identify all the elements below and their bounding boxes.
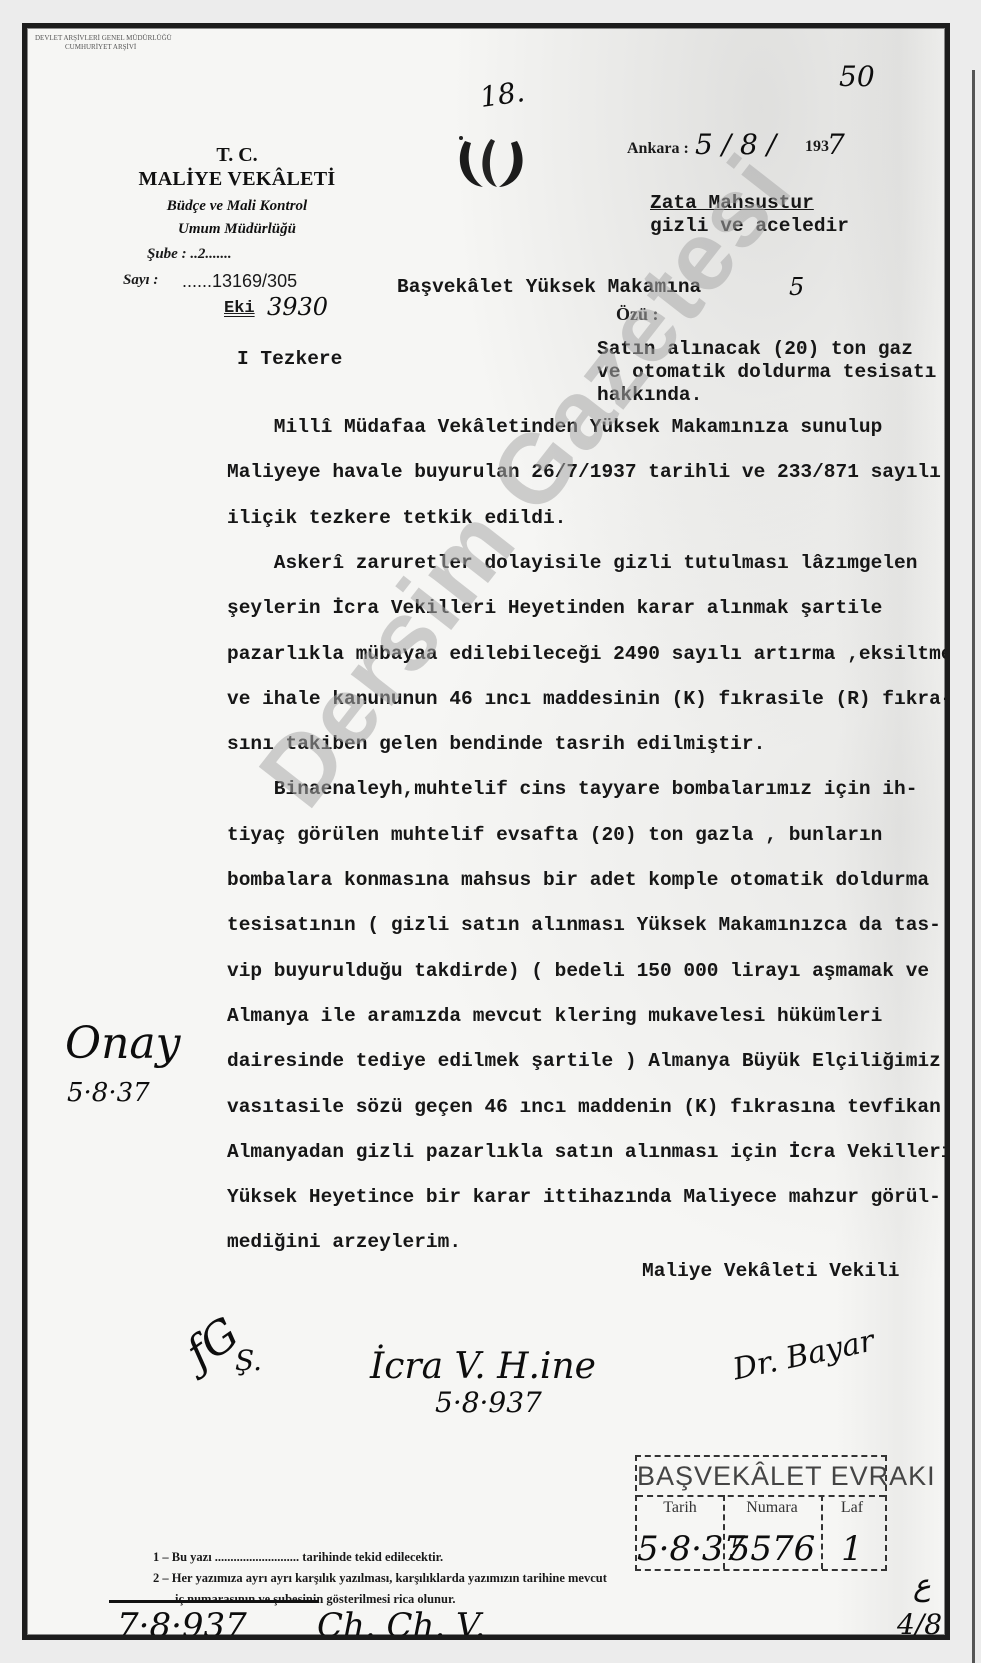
page-number: 50 — [839, 60, 875, 93]
stamp-value: 5576 — [723, 1529, 821, 1569]
sayi-value: ......13169/305 — [182, 271, 297, 292]
stamp-column-laf: Laf 1 — [821, 1495, 883, 1569]
stamp-label: Tarih — [637, 1499, 723, 1517]
stamp-value: 5·8·37 — [637, 1529, 723, 1569]
stamp-label: Numara — [723, 1499, 821, 1517]
strike-line — [109, 1600, 319, 1603]
archive-header-line: CUMHURİYET ARŞİVİ — [35, 43, 172, 52]
body-line: Yüksek Heyetince bir karar ittihazında M… — [227, 1186, 941, 1208]
letterhead-country: T. C. — [142, 144, 332, 167]
margin-mark: 5 — [789, 273, 804, 301]
stamp-value: 1 — [821, 1529, 883, 1569]
body-line: mediğini arzeylerim. — [227, 1231, 461, 1253]
stamp-title: BAŞVEKÂLET EVRAKI — [637, 1457, 885, 1497]
crescent-emblem-icon — [455, 133, 527, 193]
body-line: tesisatının ( gizli satın alınması Yükse… — [227, 914, 941, 936]
eki-value: 3930 — [267, 293, 328, 321]
body-line: Askerî zaruretler dolayisile gizli tutul… — [227, 552, 917, 574]
letterhead-directorate: Umum Müdürlüğü — [112, 221, 362, 238]
date-year-handwritten: 7 — [827, 128, 845, 161]
bottom-initials: Ch. Ch. V. — [317, 1606, 485, 1640]
body-line: dairesinde tediye edilmek şartile ) Alma… — [227, 1050, 941, 1072]
date-label: Ankara : — [627, 140, 689, 158]
signoff-title: Maliye Vekâleti Vekili — [642, 1260, 899, 1282]
stamp-column-date: Tarih 5·8·37 — [637, 1495, 725, 1569]
approval-annotation: Onay — [65, 1018, 181, 1069]
arabic-mark: ع — [913, 1568, 931, 1603]
body-line: Almanyadan gizli pazarlıkla satın alınma… — [227, 1141, 950, 1163]
body-line: vip buyurulduğu takdirde) ( bedeli 150 0… — [227, 960, 929, 982]
footnote: 1 – Bu yazı ........................... … — [153, 1550, 443, 1565]
minister-signature: Dr. Bayar — [730, 1323, 877, 1387]
reference: I Tezkere — [237, 348, 342, 370]
body-line: Almanya ile aramızda mevcut klering muka… — [227, 1005, 882, 1027]
eki-label: Eki — [224, 299, 255, 318]
routing-annotation: İcra V. H.ine — [370, 1346, 596, 1387]
letterhead-ministry: MALİYE VEKÂLETİ — [112, 168, 362, 191]
top-handwritten-mark: 18. — [478, 75, 527, 114]
stamp-column-number: Numara 5576 — [723, 1495, 823, 1569]
viewer-edge-line — [972, 70, 975, 1663]
document-page: DEVLET ARŞİVLERİ GENEL MÜDÜRLÜĞÜ CUMHURİ… — [22, 23, 950, 1640]
body-line: şeylerin İcra Vekilleri Heyetinden karar… — [227, 597, 882, 619]
archive-header: DEVLET ARŞİVLERİ GENEL MÜDÜRLÜĞÜ CUMHURİ… — [35, 34, 172, 52]
letterhead-sube: Şube : ..2....... — [147, 246, 232, 263]
bottom-date: 7·8·937 — [117, 1606, 247, 1640]
stamp-label: Laf — [821, 1499, 883, 1517]
body-line: vasıtasile sözü geçen 46 ıncı maddenin (… — [227, 1096, 941, 1118]
body-line: bombalara konmasına mahsus bir adet komp… — [227, 869, 929, 891]
routing-date: 5·8·937 — [435, 1386, 542, 1419]
letterhead-department: Büdçe ve Mali Kontrol — [112, 198, 362, 215]
date-year-printed: 193 — [805, 138, 829, 156]
sayi-label: Sayı : — [123, 272, 158, 289]
initials-signature-2: Ş. — [235, 1344, 262, 1377]
archive-header-line: DEVLET ARŞİVLERİ GENEL MÜDÜRLÜĞÜ — [35, 34, 172, 43]
footnote: 2 – Her yazımıza ayrı ayrı karşılık yazı… — [153, 1571, 607, 1586]
approval-date: 5·8·37 — [67, 1078, 150, 1108]
registry-stamp: BAŞVEKÂLET EVRAKI Tarih 5·8·37 Numara 55… — [635, 1455, 887, 1571]
folio-number: 4/8 — [897, 1608, 942, 1640]
